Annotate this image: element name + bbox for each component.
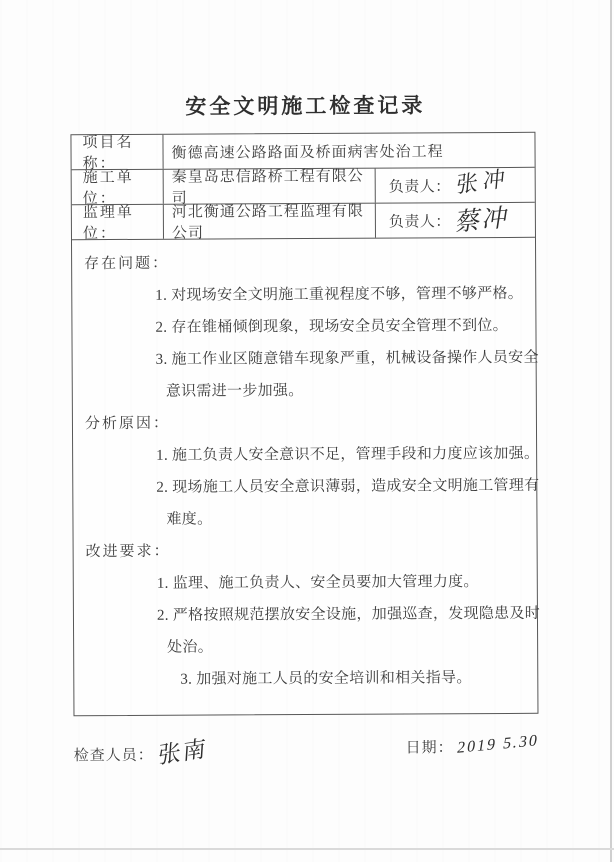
analysis-heading: 分析原因： (73, 406, 536, 440)
date-handwritten-value: 2019 5.30 (456, 732, 540, 758)
improvement-item-1: 1. 监理、施工负责人、安全员要加大管理力度。 (157, 566, 551, 600)
scanned-document-page: 安全文明施工检查记录 项目名称： 衡德高速公路路面及桥面病害处治工程 施工单位：… (0, 0, 614, 862)
inspector-block: 检查人员： 张南 (74, 738, 208, 772)
problem-item-3: 3. 施工作业区随意错车现象严重，机械设备操作人员安全意识需进一步加强。 (156, 342, 550, 408)
improvement-heading: 改进要求： (74, 534, 537, 568)
scan-edge-artifact-bottom (0, 848, 614, 850)
scan-content: 安全文明施工检查记录 项目名称： 衡德高速公路路面及桥面病害处治工程 施工单位：… (0, 0, 614, 862)
scan-edge-artifact-right (610, 0, 612, 862)
supervisor-manager-label: 负责人： (389, 210, 451, 231)
contractor-manager-signature: 张冲 (455, 167, 510, 196)
supervisor-manager-signature: 蔡冲 (454, 207, 511, 234)
document-title: 安全文明施工检查记录 (0, 88, 612, 121)
supervisor-label: 监理单位： (72, 205, 163, 239)
inspector-signature: 张南 (157, 730, 209, 771)
improvement-item-3: 3. 加强对施工人员的安全培训和相关指导。 (180, 662, 558, 696)
problem-item-2: 2. 存在锥桶倾倒现象，现场安全员安全管理不到位。 (155, 310, 549, 344)
analysis-item-1: 1. 施工负责人安全意识不足，管理手段和力度应该加强。 (156, 438, 550, 472)
contractor-label: 施工单位： (72, 170, 163, 204)
inspector-label: 检查人员： (74, 744, 154, 765)
contractor-manager-cell: 负责人： 张冲 (375, 168, 537, 203)
project-name-value: 衡德高速公路路面及桥面病害处治工程 (162, 133, 534, 169)
supervisor-value: 河北衡通公路工程监理有限公司 (163, 204, 375, 239)
findings-cell: 存在问题： 1. 对现场安全文明施工重视程度不够，管理不够严格。 2. 存在锥桶… (72, 238, 537, 715)
supervisor-manager-cell: 负责人： 蔡冲 (375, 203, 537, 238)
contractor-value: 秦皇岛忠信路桥工程有限公司 (163, 169, 375, 204)
problems-heading: 存在问题： (72, 246, 535, 280)
problem-item-1: 1. 对现场安全文明施工重视程度不够，管理不够严格。 (155, 278, 549, 312)
inspection-form-table: 项目名称： 衡德高速公路路面及桥面病害处治工程 施工单位： 秦皇岛忠信路桥工程有… (70, 132, 538, 716)
analysis-item-2: 2. 现场施工人员安全意识薄弱，造成安全文明施工管理有难度。 (156, 470, 550, 536)
contractor-manager-label: 负责人： (389, 175, 451, 196)
improvement-item-2: 2. 严格按照规范摆放安全设施，加强巡查，发现隐患及时处治。 (157, 598, 551, 664)
supervisor-row: 监理单位： 河北衡通公路工程监理有限公司 负责人： 蔡冲 (72, 203, 535, 240)
footer-row: 检查人员： 张南 日期： 2019 5.30 (74, 736, 539, 771)
project-name-label: 项目名称： (71, 135, 162, 169)
date-label: 日期： (406, 736, 454, 757)
date-block: 日期： 2019 5.30 (406, 736, 539, 758)
